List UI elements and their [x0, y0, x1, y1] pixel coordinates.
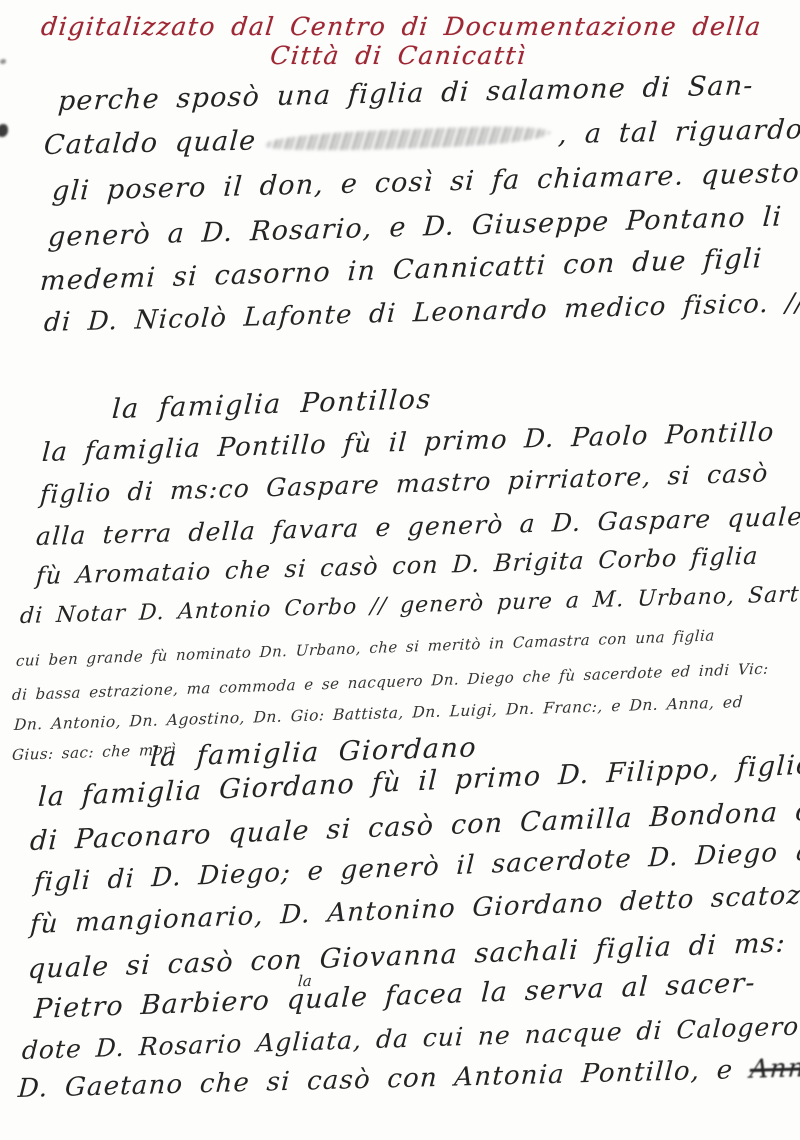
manuscript-line: di D. Nicolò Lafonte di Leonardo medico …	[43, 288, 800, 338]
manuscript-line: fù Aromataio che si casò con D. Brigita …	[35, 542, 759, 590]
manuscript-page: digitalizzato dal Centro di Documentazio…	[0, 0, 800, 1140]
manuscript-line-censored: Cataldo quale, a tal riguardo	[43, 114, 800, 161]
manuscript-line: perche sposò una figlia di salamone di S…	[57, 70, 755, 117]
censored-smudge	[266, 124, 551, 153]
digitization-header: digitalizzato dal Centro di Documentazio…	[0, 12, 800, 70]
manuscript-line: figlio di ms:co Gaspare mastro pirriator…	[39, 458, 769, 509]
manuscript-line: di Notar D. Antonio Corbo // generò pure…	[19, 581, 800, 629]
line-text: D. Gaetano che si casò con Antonia Ponti…	[17, 1055, 734, 1104]
manuscript-line-small: cui ben grande fù nominato Dn. Urbano, c…	[16, 626, 716, 670]
scribbled-out-word: Anna	[749, 1053, 800, 1085]
manuscript-line: medemi si casorno in Cannicatti con due …	[39, 243, 763, 297]
scan-speck	[0, 124, 8, 137]
section-heading-pontillo: la famiglia Pontillos	[111, 384, 433, 425]
manuscript-line: gli posero il don, e così si fa chiamare…	[51, 158, 800, 207]
line-text-before-censor: Cataldo quale	[43, 126, 257, 161]
line-text-after-censor: , a tal riguardo	[557, 114, 800, 150]
